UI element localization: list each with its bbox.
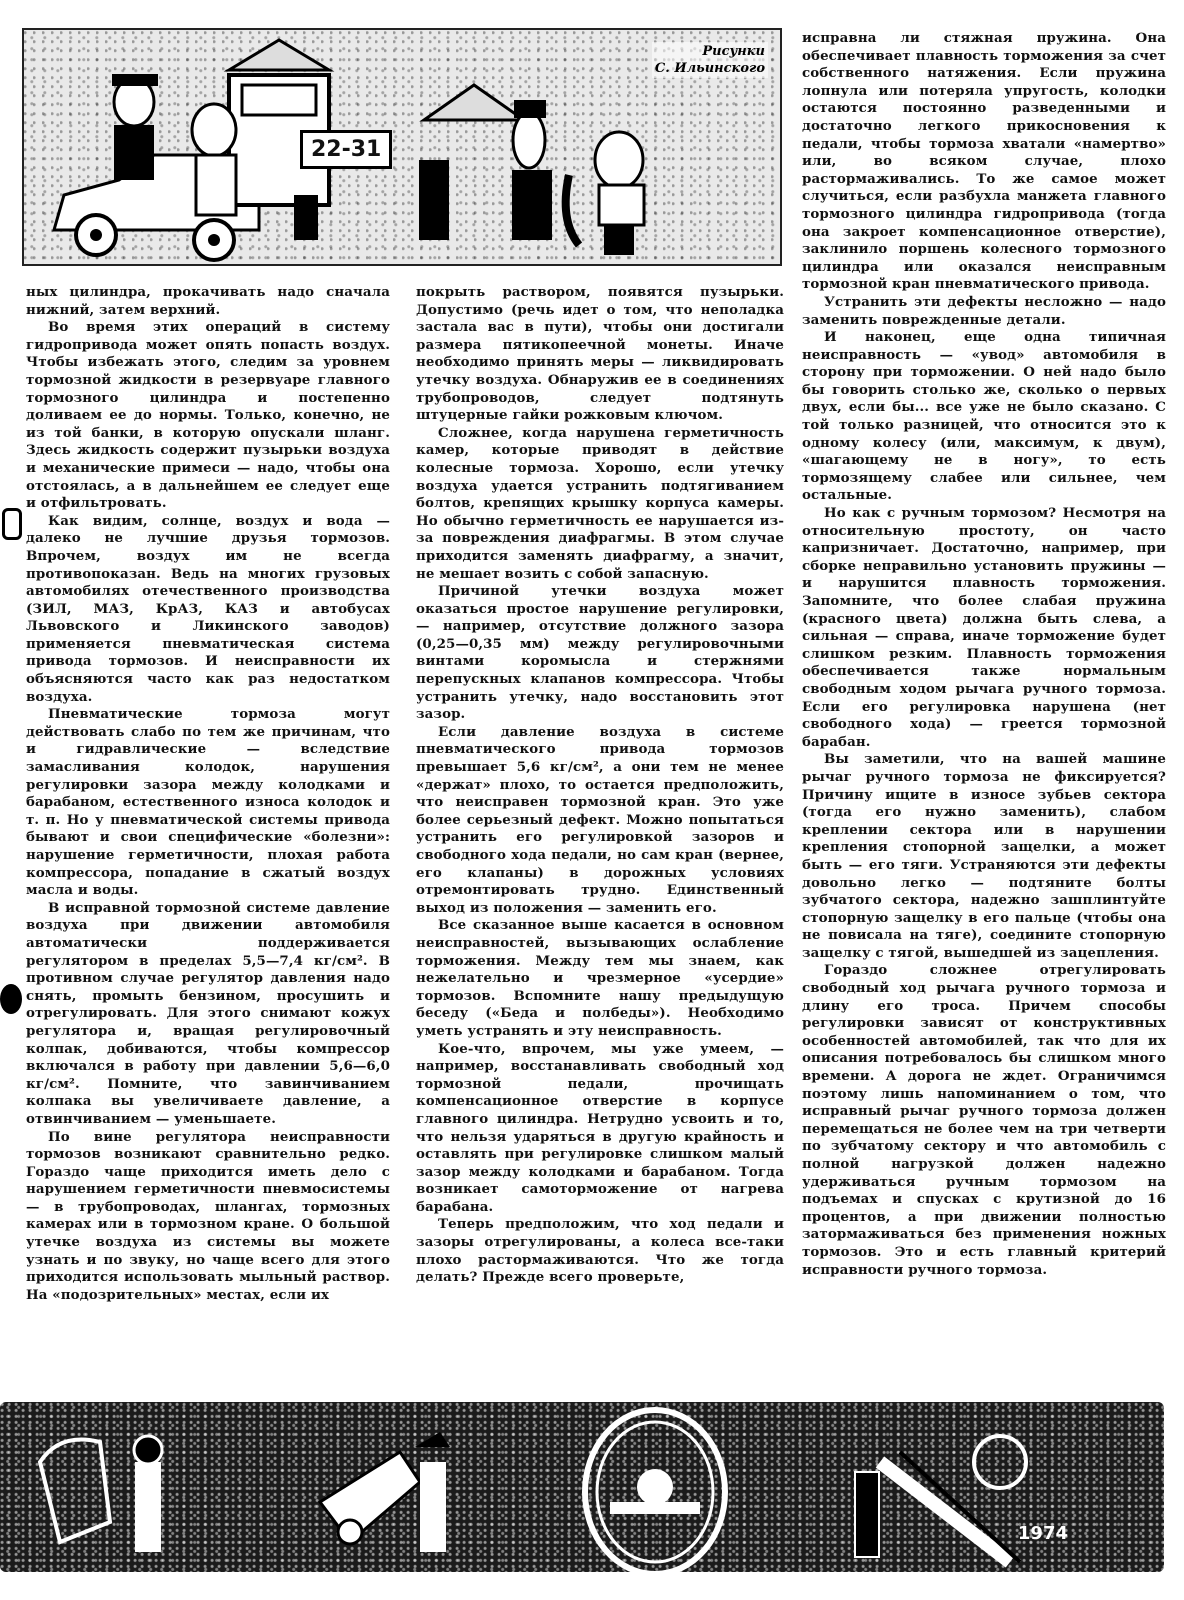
bottom-cartoon-illustration: 1974 — [0, 1402, 1164, 1572]
paragraph: Устранить эти дефекты несложно — надо за… — [802, 294, 1166, 329]
text-column-3: исправна ли стяжная пружина. Она обеспеч… — [802, 30, 1166, 1390]
paragraph: Но как с ручным тормозом? Несмотря на от… — [802, 505, 1166, 751]
credit-line-1: Рисунки — [655, 43, 765, 60]
paragraph: Все сказанное выше касается в основном н… — [416, 917, 784, 1040]
scan-artifact — [0, 984, 22, 1014]
paragraph: Во время этих операций в систему гидропр… — [26, 319, 390, 513]
paragraph: Причиной утечки воздуха может оказаться … — [416, 583, 784, 724]
mechanics-scene-icon — [0, 1402, 1164, 1572]
credit-line-2: С. Ильинского — [655, 60, 765, 77]
paragraph: Сложнее, когда нарушена герметичность ка… — [416, 425, 784, 583]
top-cartoon-illustration: 22-31 Рисунки С. Ильинского — [22, 28, 782, 266]
paragraph: Вы заметили, что на вашей машине рычаг р… — [802, 751, 1166, 962]
paragraph: Гораздо сложнее отрегулировать свободный… — [802, 962, 1166, 1279]
paragraph: И наконец, еще одна типичная неисправнос… — [802, 329, 1166, 505]
year-mark: 1974 — [1018, 1523, 1068, 1544]
license-plate-label: 22-31 — [300, 130, 392, 169]
paragraph: В исправной тормозной системе давление в… — [26, 900, 390, 1129]
paragraph: Теперь предположим, что ход педали и заз… — [416, 1216, 784, 1286]
paragraph: покрыть раствором, появятся пузырьки. До… — [416, 284, 784, 425]
paragraph: ных цилиндра, прокачивать надо сначала н… — [26, 284, 390, 319]
paragraph: исправна ли стяжная пружина. Она обеспеч… — [802, 30, 1166, 294]
text-column-2: покрыть раствором, появятся пузырьки. До… — [416, 284, 784, 1384]
paragraph: Кое-что, впрочем, мы уже умеем, — наприм… — [416, 1041, 784, 1217]
paragraph: По вине регулятора неисправности тормозо… — [26, 1129, 390, 1305]
magazine-page: 22-31 Рисунки С. Ильинского ных цилиндра… — [0, 0, 1184, 1600]
paragraph: Если давление воздуха в системе пневмати… — [416, 724, 784, 918]
paragraph: Как видим, солнце, воздух и вода — далек… — [26, 513, 390, 707]
illustration-credit: Рисунки С. Ильинского — [652, 42, 768, 78]
text-column-1: ных цилиндра, прокачивать надо сначала н… — [26, 284, 390, 1384]
scan-artifact — [2, 508, 22, 540]
paragraph: Пневматические тормоза могут действовать… — [26, 706, 390, 900]
